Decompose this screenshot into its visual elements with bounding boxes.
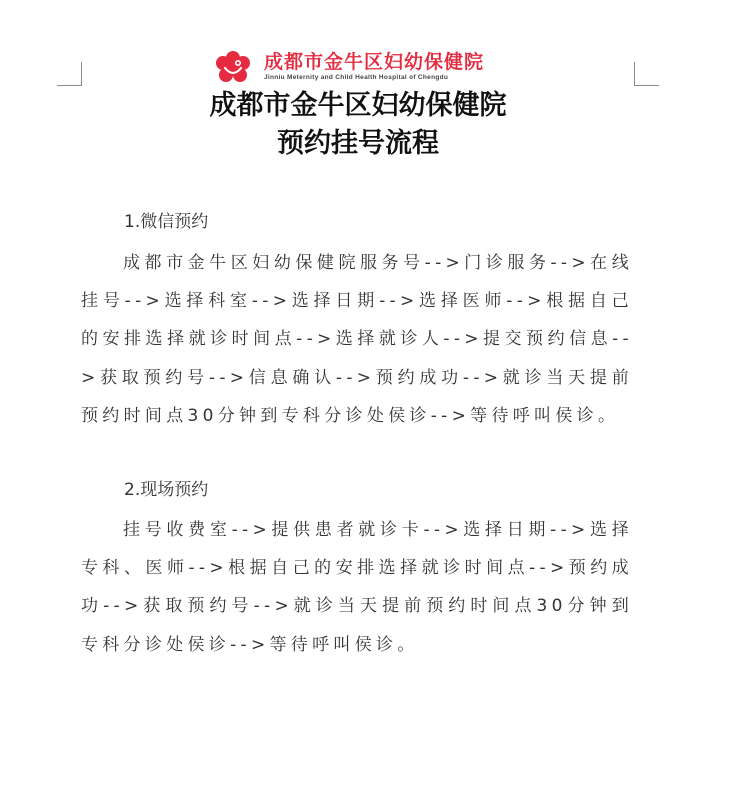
document-title-hospital: 成都市金牛区妇幼保健院	[0, 92, 716, 119]
flower-smile-logo-icon	[210, 51, 256, 83]
section-body-onsite: 挂号收费室-->提供患者就诊卡-->选择日期-->选择专科、医师-->根据自己的…	[81, 511, 633, 664]
section-heading-wechat: 1.微信预约	[124, 214, 208, 231]
page-corner-mark-right	[634, 62, 659, 86]
hospital-logo: 成都市金牛区妇幼保健院 Jinniu Meternity and Child H…	[210, 50, 484, 84]
section-heading-onsite: 2.现场预约	[124, 482, 208, 499]
logo-hospital-name-cn: 成都市金牛区妇幼保健院	[264, 53, 484, 72]
logo-hospital-name-en: Jinniu Meternity and Child Health Hospit…	[264, 75, 484, 82]
page-corner-mark-left	[57, 62, 82, 86]
section-body-wechat: 成都市金牛区妇幼保健院服务号-->门诊服务-->在线挂号-->选择科室-->选择…	[81, 244, 633, 435]
document-title-process: 预约挂号流程	[0, 130, 716, 157]
